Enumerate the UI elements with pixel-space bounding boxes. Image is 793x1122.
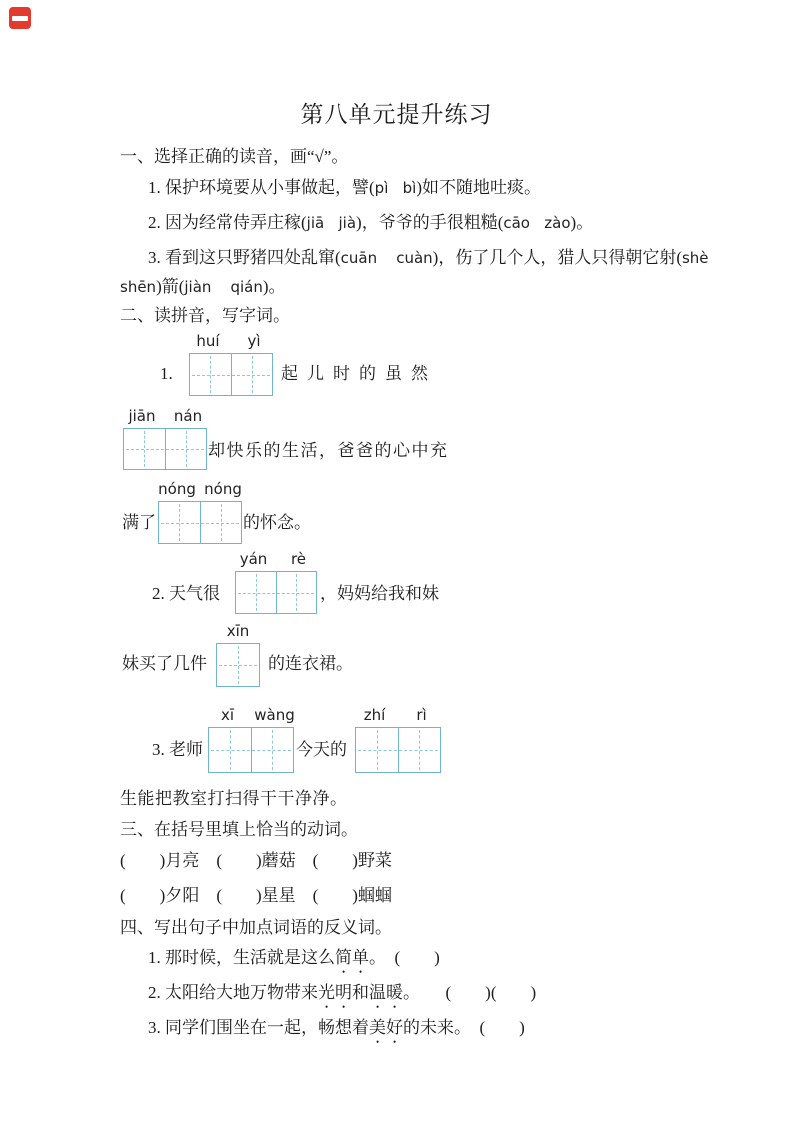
red-doc-icon-bar (12, 16, 28, 21)
writing-grid-jiannan: jiānnán (123, 428, 207, 470)
emphasized-word: 简单 (335, 948, 369, 967)
text-run: )。 (263, 277, 286, 296)
section2-item1-text3b: 的怀念。 (243, 513, 311, 533)
tian-cell (231, 354, 273, 395)
emphasized-word: 光明 (318, 983, 352, 1002)
section3-row-1: ( )月亮 ( )蘑菇 ( )野菜 (120, 851, 392, 871)
pinyin-label: huíyì (185, 332, 277, 350)
tian-cell (124, 429, 165, 469)
section1-header: 一、选择正确的读音，画“√”。 (120, 147, 348, 167)
section1-item-3-line2: shēn)箭(jiàn qián)。 (120, 277, 286, 297)
tian-cell (217, 644, 259, 686)
worksheet-page: 第八单元提升练习 一、选择正确的读音，画“√”。 1. 保护环境要从小事做起，譬… (0, 0, 793, 1122)
pinyin-syllable: rì (398, 706, 445, 724)
section3-header: 三、在括号里填上恰当的动词。 (120, 820, 358, 840)
section2-item3-text: 今天的 (296, 740, 347, 760)
text-run: 。 ( ) (369, 948, 440, 967)
section4-header: 四、写出句子中加点词语的反义词。 (120, 918, 392, 938)
pinyin-syllable: yì (231, 332, 277, 350)
writing-grid-xiwang: xīwàng (208, 727, 294, 773)
tian-cell (190, 354, 231, 395)
pinyin-syllable: xī (204, 706, 251, 724)
section2-item2-text2a: 妹买了几件 (122, 654, 207, 674)
section4-item-1: 1. 那时候，生活就是这么简单。 ( ) (148, 948, 440, 977)
writing-grid-zhiri: zhírì (355, 727, 441, 773)
section2-header: 二、读拼音，写字词。 (120, 306, 290, 326)
text-run: )。 (571, 213, 594, 232)
pinyin-syllable: rè (276, 550, 321, 568)
pinyin-label: nóngnóng (154, 480, 246, 498)
emphasized-word: 美好 (369, 1018, 403, 1037)
emphasized-word: 温暖 (369, 983, 403, 1002)
text-run: )如不随地吐痰。 (416, 178, 541, 197)
pinyin-syllable: yán (231, 550, 276, 568)
text-run: 2. 因为经常侍弄庄稼( (148, 213, 307, 232)
pinyin-label: xīn (212, 622, 264, 640)
text-run: 和 (352, 983, 369, 1002)
pinyin-syllable: huí (185, 332, 231, 350)
section2-item1-text2: 却快乐的生活，爸爸的心中充 (208, 441, 449, 461)
pinyin-syllable: zhí (351, 706, 398, 724)
red-doc-icon (9, 7, 31, 29)
tian-cell (200, 502, 242, 543)
section2-item2-text: ，妈妈给我和妹 (320, 584, 439, 604)
section2-item2-number: 2. 天气很 (152, 584, 220, 604)
section3-row-2: ( )夕阳 ( )星星 ( )蝈蝈 (120, 886, 392, 906)
pinyin-syllable: wàng (251, 706, 298, 724)
text-run: )箭( (156, 277, 184, 296)
text-run: )，伤了几个人，猎人只得朝它射( (433, 248, 682, 267)
tian-cell (276, 572, 317, 613)
section2-item1-text3a: 满了 (122, 513, 156, 533)
writing-grid-yanre: yánrè (235, 571, 317, 614)
text-run: 3. 看到这只野猪四处乱窜( (148, 248, 341, 267)
section2-item1-number: 1. (160, 364, 173, 384)
pinyin-label: jiānnán (119, 407, 211, 425)
text-run: 的未来。 ( ) (403, 1018, 525, 1037)
pinyin-syllable: jiān (119, 407, 165, 425)
text-run: 1. 保护环境要从小事做起，譬( (148, 178, 375, 197)
section1-item-3-line1: 3. 看到这只野猪四处乱窜(cuān cuàn)，伤了几个人，猎人只得朝它射(s… (148, 248, 709, 268)
pinyin-label: yánrè (231, 550, 321, 568)
tian-cell (159, 502, 200, 543)
tian-cell (236, 572, 276, 613)
pinyin-choice: cuān cuàn (341, 249, 433, 267)
section4-item-2: 2. 太阳给大地万物带来光明和温暖。 ( )( ) (148, 983, 536, 1012)
pinyin-choice: jiàn qián (184, 278, 263, 296)
pinyin-choice: pì bì (375, 179, 417, 197)
tian-cell (398, 728, 441, 772)
pinyin-choice: jiā jià (307, 214, 356, 232)
text-run: 3. 同学们围坐在一起，畅想着 (148, 1018, 369, 1037)
section2-item3-text2: 生能把教室打扫得干干净净。 (120, 789, 348, 809)
section2-item2-text2b: 的连衣裙。 (268, 654, 353, 674)
pinyin-syllable: nóng (200, 480, 246, 498)
pinyin-syllable: xīn (212, 622, 264, 640)
text-run: 2. 太阳给大地万物带来 (148, 983, 318, 1002)
pinyin-syllable: nóng (154, 480, 200, 498)
pinyin-syllable: nán (165, 407, 211, 425)
tian-cell (209, 728, 251, 772)
writing-grid-nongnong: nóngnóng (158, 501, 242, 544)
text-run: 1. 那时候，生活就是这么 (148, 948, 335, 967)
section2-item3-number: 3. 老师 (152, 740, 203, 760)
pinyin-label: xīwàng (204, 706, 298, 724)
page-title: 第八单元提升练习 (0, 96, 793, 129)
writing-grid-xin: xīn (216, 643, 260, 687)
tian-cell (356, 728, 398, 772)
section4-item-3: 3. 同学们围坐在一起，畅想着美好的未来。 ( ) (148, 1018, 525, 1047)
pinyin-choice: shēn (120, 278, 156, 296)
writing-grid-huiyi: huíyì (189, 353, 273, 396)
pinyin-choice: cāo zào (503, 214, 570, 232)
section1-item-1: 1. 保护环境要从小事做起，譬(pì bì)如不随地吐痰。 (148, 178, 541, 198)
section1-item-2: 2. 因为经常侍弄庄稼(jiā jià)，爷爷的手很粗糙(cāo zào)。 (148, 213, 593, 233)
text-run: 。 ( )( ) (403, 983, 536, 1002)
section2-item1-text: 起儿时的虽然 (281, 364, 437, 384)
tian-cell (165, 429, 207, 469)
pinyin-choice: shè (682, 249, 709, 267)
pinyin-label: zhírì (351, 706, 445, 724)
tian-cell (251, 728, 294, 772)
text-run: )，爷爷的手很粗糙( (356, 213, 503, 232)
